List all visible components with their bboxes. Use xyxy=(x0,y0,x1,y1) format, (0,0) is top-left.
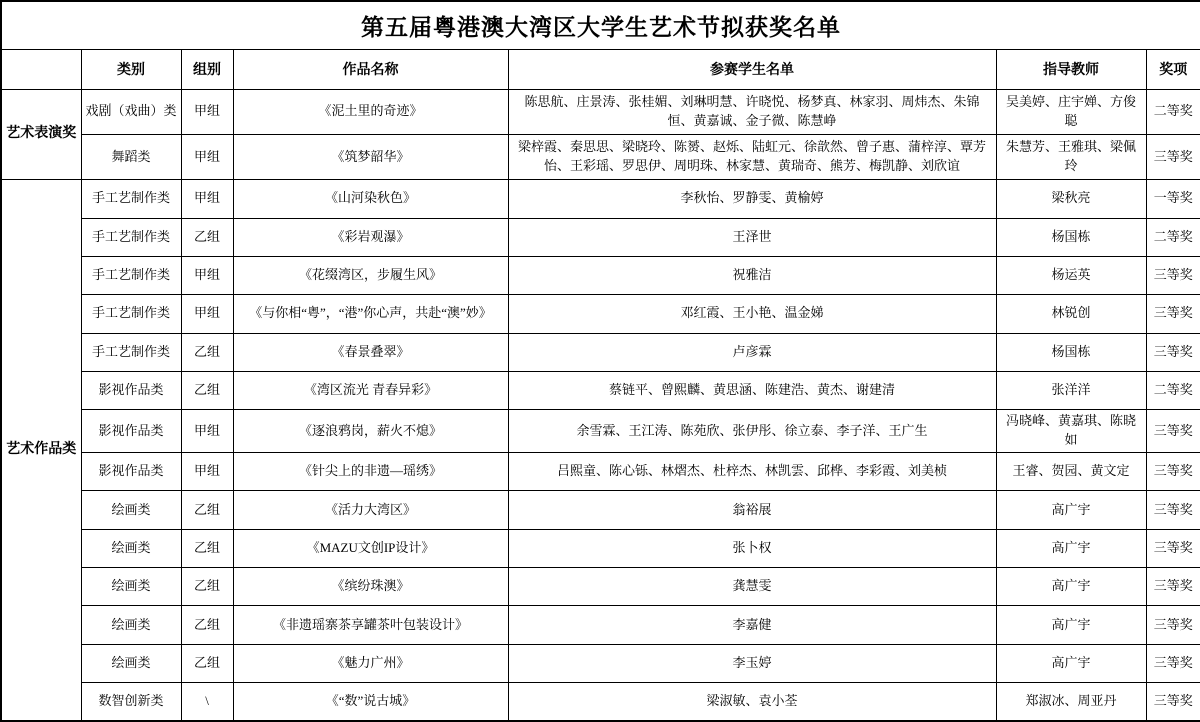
cell-students: 吕熙童、陈心铄、林熠杰、杜梓杰、林凯雲、邱桦、李彩霞、刘美桢 xyxy=(508,453,996,491)
cell-category: 手工艺制作类 xyxy=(81,256,181,294)
cell-teachers: 朱慧芳、王雅琪、梁佩玲 xyxy=(996,134,1146,179)
cell-award: 二等奖 xyxy=(1146,218,1200,256)
cell-students: 陈思航、庄景涛、张桂媚、刘琳明慧、许晓悦、杨梦真、林家羽、周炜杰、朱锦恒、黄嘉诚… xyxy=(508,89,996,134)
cell-teachers: 杨运英 xyxy=(996,256,1146,294)
cell-award: 三等奖 xyxy=(1146,333,1200,371)
cell-award: 三等奖 xyxy=(1146,134,1200,179)
cell-teachers: 高广宇 xyxy=(996,491,1146,529)
col-header-section xyxy=(1,49,81,89)
table-row: 影视作品类乙组《湾区流光 青春异彩》蔡链平、曾熙麟、黄思涵、陈建浩、黄杰、谢建清… xyxy=(1,371,1200,409)
cell-group: 甲组 xyxy=(181,89,233,134)
cell-work: 《“数”说古城》 xyxy=(233,683,508,721)
cell-category: 绘画类 xyxy=(81,644,181,682)
cell-work: 《泥土里的奇迹》 xyxy=(233,89,508,134)
cell-students: 蔡链平、曾熙麟、黄思涵、陈建浩、黄杰、谢建清 xyxy=(508,371,996,409)
table-row: 影视作品类甲组《针尖上的非遗—瑶绣》吕熙童、陈心铄、林熠杰、杜梓杰、林凯雲、邱桦… xyxy=(1,453,1200,491)
cell-award: 三等奖 xyxy=(1146,529,1200,567)
cell-work: 《湾区流光 青春异彩》 xyxy=(233,371,508,409)
cell-students: 卢彦霖 xyxy=(508,333,996,371)
cell-teachers: 高广宇 xyxy=(996,568,1146,606)
cell-students: 邓红霞、王小艳、温金娣 xyxy=(508,295,996,333)
cell-work: 《缤纷珠澳》 xyxy=(233,568,508,606)
cell-work: 《春景叠翠》 xyxy=(233,333,508,371)
cell-teachers: 郑淑冰、周亚丹 xyxy=(996,683,1146,721)
cell-category: 戏剧（戏曲）类 xyxy=(81,89,181,134)
cell-students: 梁淑敏、袁小荃 xyxy=(508,683,996,721)
table-row: 绘画类乙组《魅力广州》李玉婷高广宇三等奖 xyxy=(1,644,1200,682)
table-row: 数智创新类\《“数”说古城》梁淑敏、袁小荃郑淑冰、周亚丹三等奖 xyxy=(1,683,1200,721)
title-row: 第五届粤港澳大湾区大学生艺术节拟获奖名单 xyxy=(1,1,1200,49)
cell-students: 王泽世 xyxy=(508,218,996,256)
cell-group: 乙组 xyxy=(181,606,233,644)
cell-award: 三等奖 xyxy=(1146,568,1200,606)
cell-group: 甲组 xyxy=(181,256,233,294)
cell-category: 绘画类 xyxy=(81,529,181,567)
cell-category: 数智创新类 xyxy=(81,683,181,721)
cell-award: 二等奖 xyxy=(1146,89,1200,134)
cell-award: 三等奖 xyxy=(1146,295,1200,333)
cell-teachers: 张洋洋 xyxy=(996,371,1146,409)
cell-teachers: 林锐创 xyxy=(996,295,1146,333)
cell-group: \ xyxy=(181,683,233,721)
cell-teachers: 梁秋亮 xyxy=(996,180,1146,218)
cell-teachers: 高广宇 xyxy=(996,529,1146,567)
cell-work: 《彩岩观瀑》 xyxy=(233,218,508,256)
document-sheet: 第五届粤港澳大湾区大学生艺术节拟获奖名单 类别 组别 作品名称 参赛学生名单 指… xyxy=(0,0,1200,722)
table-row: 舞蹈类甲组《筑梦韶华》梁梓霞、秦思思、梁晓玲、陈赟、赵烁、陆虹元、徐歆然、曾子惠… xyxy=(1,134,1200,179)
table-row: 艺术表演奖戏剧（戏曲）类甲组《泥土里的奇迹》陈思航、庄景涛、张桂媚、刘琳明慧、许… xyxy=(1,89,1200,134)
cell-group: 甲组 xyxy=(181,134,233,179)
cell-work: 《山河染秋色》 xyxy=(233,180,508,218)
table-row: 绘画类乙组《MAZU文创IP设计》张卜权高广宇三等奖 xyxy=(1,529,1200,567)
cell-teachers: 高广宇 xyxy=(996,644,1146,682)
cell-award: 三等奖 xyxy=(1146,410,1200,453)
col-header-teachers: 指导教师 xyxy=(996,49,1146,89)
cell-award: 三等奖 xyxy=(1146,644,1200,682)
cell-teachers: 吴美婷、庄宇婵、方俊聪 xyxy=(996,89,1146,134)
cell-students: 梁梓霞、秦思思、梁晓玲、陈赟、赵烁、陆虹元、徐歆然、曾子惠、蒲梓淳、覃芳怡、王彩… xyxy=(508,134,996,179)
cell-work: 《活力大湾区》 xyxy=(233,491,508,529)
cell-category: 舞蹈类 xyxy=(81,134,181,179)
cell-category: 手工艺制作类 xyxy=(81,218,181,256)
cell-category: 手工艺制作类 xyxy=(81,180,181,218)
cell-category: 手工艺制作类 xyxy=(81,295,181,333)
table-row: 绘画类乙组《非遗瑶寨茶享罐茶叶包装设计》李嘉健高广宇三等奖 xyxy=(1,606,1200,644)
cell-award: 三等奖 xyxy=(1146,606,1200,644)
cell-students: 李嘉健 xyxy=(508,606,996,644)
cell-group: 甲组 xyxy=(181,410,233,453)
cell-award: 二等奖 xyxy=(1146,371,1200,409)
table-row: 影视作品类甲组《逐浪鸦岗，薪火不熄》余雪霖、王江涛、陈苑欣、张伊彤、徐立泰、李子… xyxy=(1,410,1200,453)
cell-award: 三等奖 xyxy=(1146,491,1200,529)
cell-group: 甲组 xyxy=(181,453,233,491)
table-row: 手工艺制作类甲组《与你相“粤”，“港”你心声，共赴“澳”妙》邓红霞、王小艳、温金… xyxy=(1,295,1200,333)
col-header-work: 作品名称 xyxy=(233,49,508,89)
table-row: 手工艺制作类乙组《彩岩观瀑》王泽世杨国栋二等奖 xyxy=(1,218,1200,256)
cell-category: 绘画类 xyxy=(81,491,181,529)
cell-group: 乙组 xyxy=(181,333,233,371)
cell-students: 张卜权 xyxy=(508,529,996,567)
cell-award: 三等奖 xyxy=(1146,683,1200,721)
page-title: 第五届粤港澳大湾区大学生艺术节拟获奖名单 xyxy=(1,1,1200,49)
cell-category: 绘画类 xyxy=(81,606,181,644)
cell-award: 一等奖 xyxy=(1146,180,1200,218)
cell-work: 《MAZU文创IP设计》 xyxy=(233,529,508,567)
table-row: 艺术作品类手工艺制作类甲组《山河染秋色》李秋怡、罗静雯、黄榆婷梁秋亮一等奖 xyxy=(1,180,1200,218)
cell-teachers: 杨国栋 xyxy=(996,218,1146,256)
cell-award: 三等奖 xyxy=(1146,256,1200,294)
cell-work: 《逐浪鸦岗，薪火不熄》 xyxy=(233,410,508,453)
col-header-award: 奖项 xyxy=(1146,49,1200,89)
cell-category: 手工艺制作类 xyxy=(81,333,181,371)
cell-category: 影视作品类 xyxy=(81,410,181,453)
cell-students: 祝雅洁 xyxy=(508,256,996,294)
cell-group: 乙组 xyxy=(181,529,233,567)
col-header-group: 组别 xyxy=(181,49,233,89)
cell-award: 三等奖 xyxy=(1146,453,1200,491)
cell-teachers: 冯晓峰、黄嘉琪、陈晓如 xyxy=(996,410,1146,453)
table-row: 绘画类乙组《活力大湾区》翁裕展高广宇三等奖 xyxy=(1,491,1200,529)
col-header-students: 参赛学生名单 xyxy=(508,49,996,89)
table-body: 艺术表演奖戏剧（戏曲）类甲组《泥土里的奇迹》陈思航、庄景涛、张桂媚、刘琳明慧、许… xyxy=(1,89,1200,721)
table-row: 绘画类乙组《缤纷珠澳》龚慧雯高广宇三等奖 xyxy=(1,568,1200,606)
table-row: 手工艺制作类乙组《春景叠翠》卢彦霖杨国栋三等奖 xyxy=(1,333,1200,371)
cell-students: 李玉婷 xyxy=(508,644,996,682)
cell-work: 《花缀湾区，步履生风》 xyxy=(233,256,508,294)
cell-work: 《筑梦韶华》 xyxy=(233,134,508,179)
cell-work: 《针尖上的非遗—瑶绣》 xyxy=(233,453,508,491)
section-label: 艺术表演奖 xyxy=(1,89,81,180)
cell-group: 甲组 xyxy=(181,295,233,333)
section-label: 艺术作品类 xyxy=(1,180,81,721)
cell-work: 《魅力广州》 xyxy=(233,644,508,682)
cell-category: 影视作品类 xyxy=(81,453,181,491)
cell-group: 乙组 xyxy=(181,491,233,529)
cell-teachers: 王睿、贺园、黄文定 xyxy=(996,453,1146,491)
cell-category: 影视作品类 xyxy=(81,371,181,409)
cell-students: 李秋怡、罗静雯、黄榆婷 xyxy=(508,180,996,218)
cell-category: 绘画类 xyxy=(81,568,181,606)
cell-students: 余雪霖、王江涛、陈苑欣、张伊彤、徐立泰、李子洋、王广生 xyxy=(508,410,996,453)
cell-teachers: 高广宇 xyxy=(996,606,1146,644)
cell-teachers: 杨国栋 xyxy=(996,333,1146,371)
cell-students: 翁裕展 xyxy=(508,491,996,529)
cell-students: 龚慧雯 xyxy=(508,568,996,606)
table-row: 手工艺制作类甲组《花缀湾区，步履生风》祝雅洁杨运英三等奖 xyxy=(1,256,1200,294)
col-header-category: 类别 xyxy=(81,49,181,89)
cell-work: 《与你相“粤”，“港”你心声，共赴“澳”妙》 xyxy=(233,295,508,333)
cell-group: 乙组 xyxy=(181,644,233,682)
award-table: 第五届粤港澳大湾区大学生艺术节拟获奖名单 类别 组别 作品名称 参赛学生名单 指… xyxy=(0,0,1200,722)
cell-group: 乙组 xyxy=(181,371,233,409)
cell-work: 《非遗瑶寨茶享罐茶叶包装设计》 xyxy=(233,606,508,644)
cell-group: 乙组 xyxy=(181,218,233,256)
header-row: 类别 组别 作品名称 参赛学生名单 指导教师 奖项 xyxy=(1,49,1200,89)
cell-group: 乙组 xyxy=(181,568,233,606)
cell-group: 甲组 xyxy=(181,180,233,218)
